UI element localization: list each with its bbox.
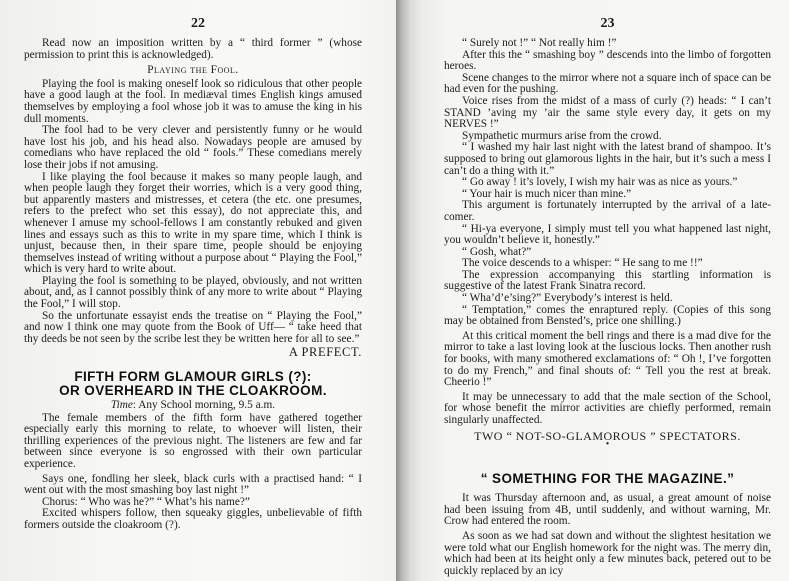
scene-time: Time: Any School morning, 9.5 a.m. [24, 400, 362, 412]
article-paragraph: Scene changes to the mirror where not a … [444, 73, 771, 96]
article-title-line1: FIFTH FORM GLAMOUR GIRLS (?): [24, 370, 362, 384]
article-paragraph: Voice rises from the midst of a mass of … [444, 96, 771, 131]
magazine-spread: 22 Read now an imposition written by a “… [0, 0, 789, 581]
article2-paragraph: As soon as we had sat down and without t… [444, 531, 771, 577]
right-page-body: “ Surely not !” “ Not really him !” Afte… [444, 38, 771, 577]
article-title: FIFTH FORM GLAMOUR GIRLS (?): OR OVERHEA… [24, 370, 362, 398]
article-paragraph: It may be unnecessary to add that the ma… [444, 392, 771, 427]
right-page: 23 “ Surely not !” “ Not really him !” A… [396, 0, 789, 581]
essay-signature: A PREFECT. [24, 347, 362, 359]
article-paragraph: “ Hi-ya everyone, I simply must tell you… [444, 224, 771, 247]
page-number: 23 [444, 16, 771, 38]
essay-intro: Read now an imposition written by a “ th… [24, 38, 362, 61]
essay-paragraph: The fool had to be very clever and persi… [24, 125, 362, 171]
article-paragraph: “ I washed my hair last night with the l… [444, 142, 771, 177]
article-paragraph: The female members of the fifth form hav… [24, 413, 362, 471]
separator-dot: • [444, 442, 771, 448]
page-number: 22 [24, 16, 362, 38]
article-paragraph: “ Wha’d’e’sing?” Everybody’s interest is… [444, 293, 771, 305]
left-page: 22 Read now an imposition written by a “… [0, 0, 396, 581]
article-paragraph: This argument is fortunately interrupted… [444, 200, 771, 223]
essay-paragraph: I like playing the fool because it makes… [24, 172, 362, 276]
article2-title: “ SOMETHING FOR THE MAGAZINE.” [444, 472, 771, 486]
article2-paragraph: It was Thursday afternoon and, as usual,… [444, 493, 771, 528]
article-paragraph: After this the “ smashing boy ” descends… [444, 50, 771, 73]
article-title-line2: OR OVERHEARD IN THE CLOAKROOM. [24, 384, 362, 398]
article-paragraph: The expression accompanying this startli… [444, 270, 771, 293]
article-paragraph: Excited whispers follow, then squeaky gi… [24, 508, 362, 531]
essay-paragraph: So the unfortunate essayist ends the tre… [24, 311, 362, 346]
time-value: : Any School morning, 9.5 a.m. [133, 399, 275, 411]
essay-title: Playing the Fool. [24, 65, 362, 77]
left-page-body: Read now an imposition written by a “ th… [24, 38, 362, 532]
article-paragraph: At this critical moment the bell rings a… [444, 331, 771, 389]
article-paragraph: Says one, fondling her sleek, black curl… [24, 474, 362, 497]
article-paragraph: “ Surely not !” “ Not really him !” [444, 38, 771, 50]
essay-paragraph: Playing the fool is something to be play… [24, 276, 362, 311]
article-paragraph: “ Temptation,” comes the enraptured repl… [444, 305, 771, 328]
article-paragraph: “ Go away ! it’s lovely, I wish my hair … [444, 177, 771, 189]
time-label: Time [111, 399, 133, 411]
essay-paragraph: Playing the fool is making oneself look … [24, 79, 362, 125]
